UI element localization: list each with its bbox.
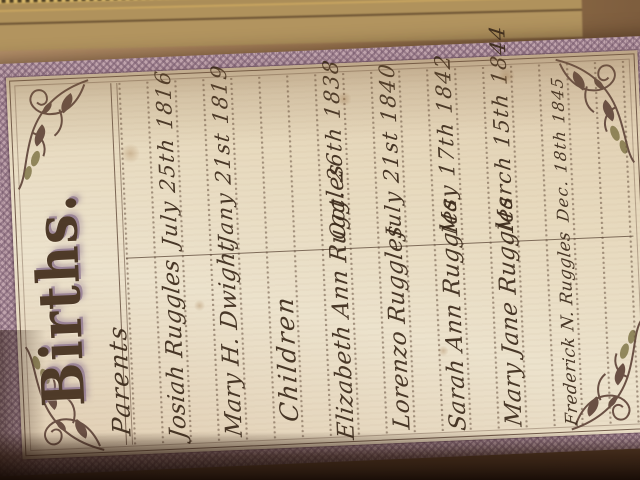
paper: Births. Parents Josiah Ruggles July 25th…	[6, 50, 640, 459]
photo-shadow	[0, 432, 640, 480]
gilt-border-pattern	[0, 0, 190, 3]
register-page: Births. Parents Josiah Ruggles July 25th…	[0, 35, 640, 476]
lace-border: Births. Parents Josiah Ruggles July 25th…	[0, 35, 640, 476]
section-heading: Parents	[103, 323, 138, 437]
photo-of-bible-register: Births. Parents Josiah Ruggles July 25th…	[0, 0, 640, 480]
section-heading: Children	[270, 294, 306, 424]
